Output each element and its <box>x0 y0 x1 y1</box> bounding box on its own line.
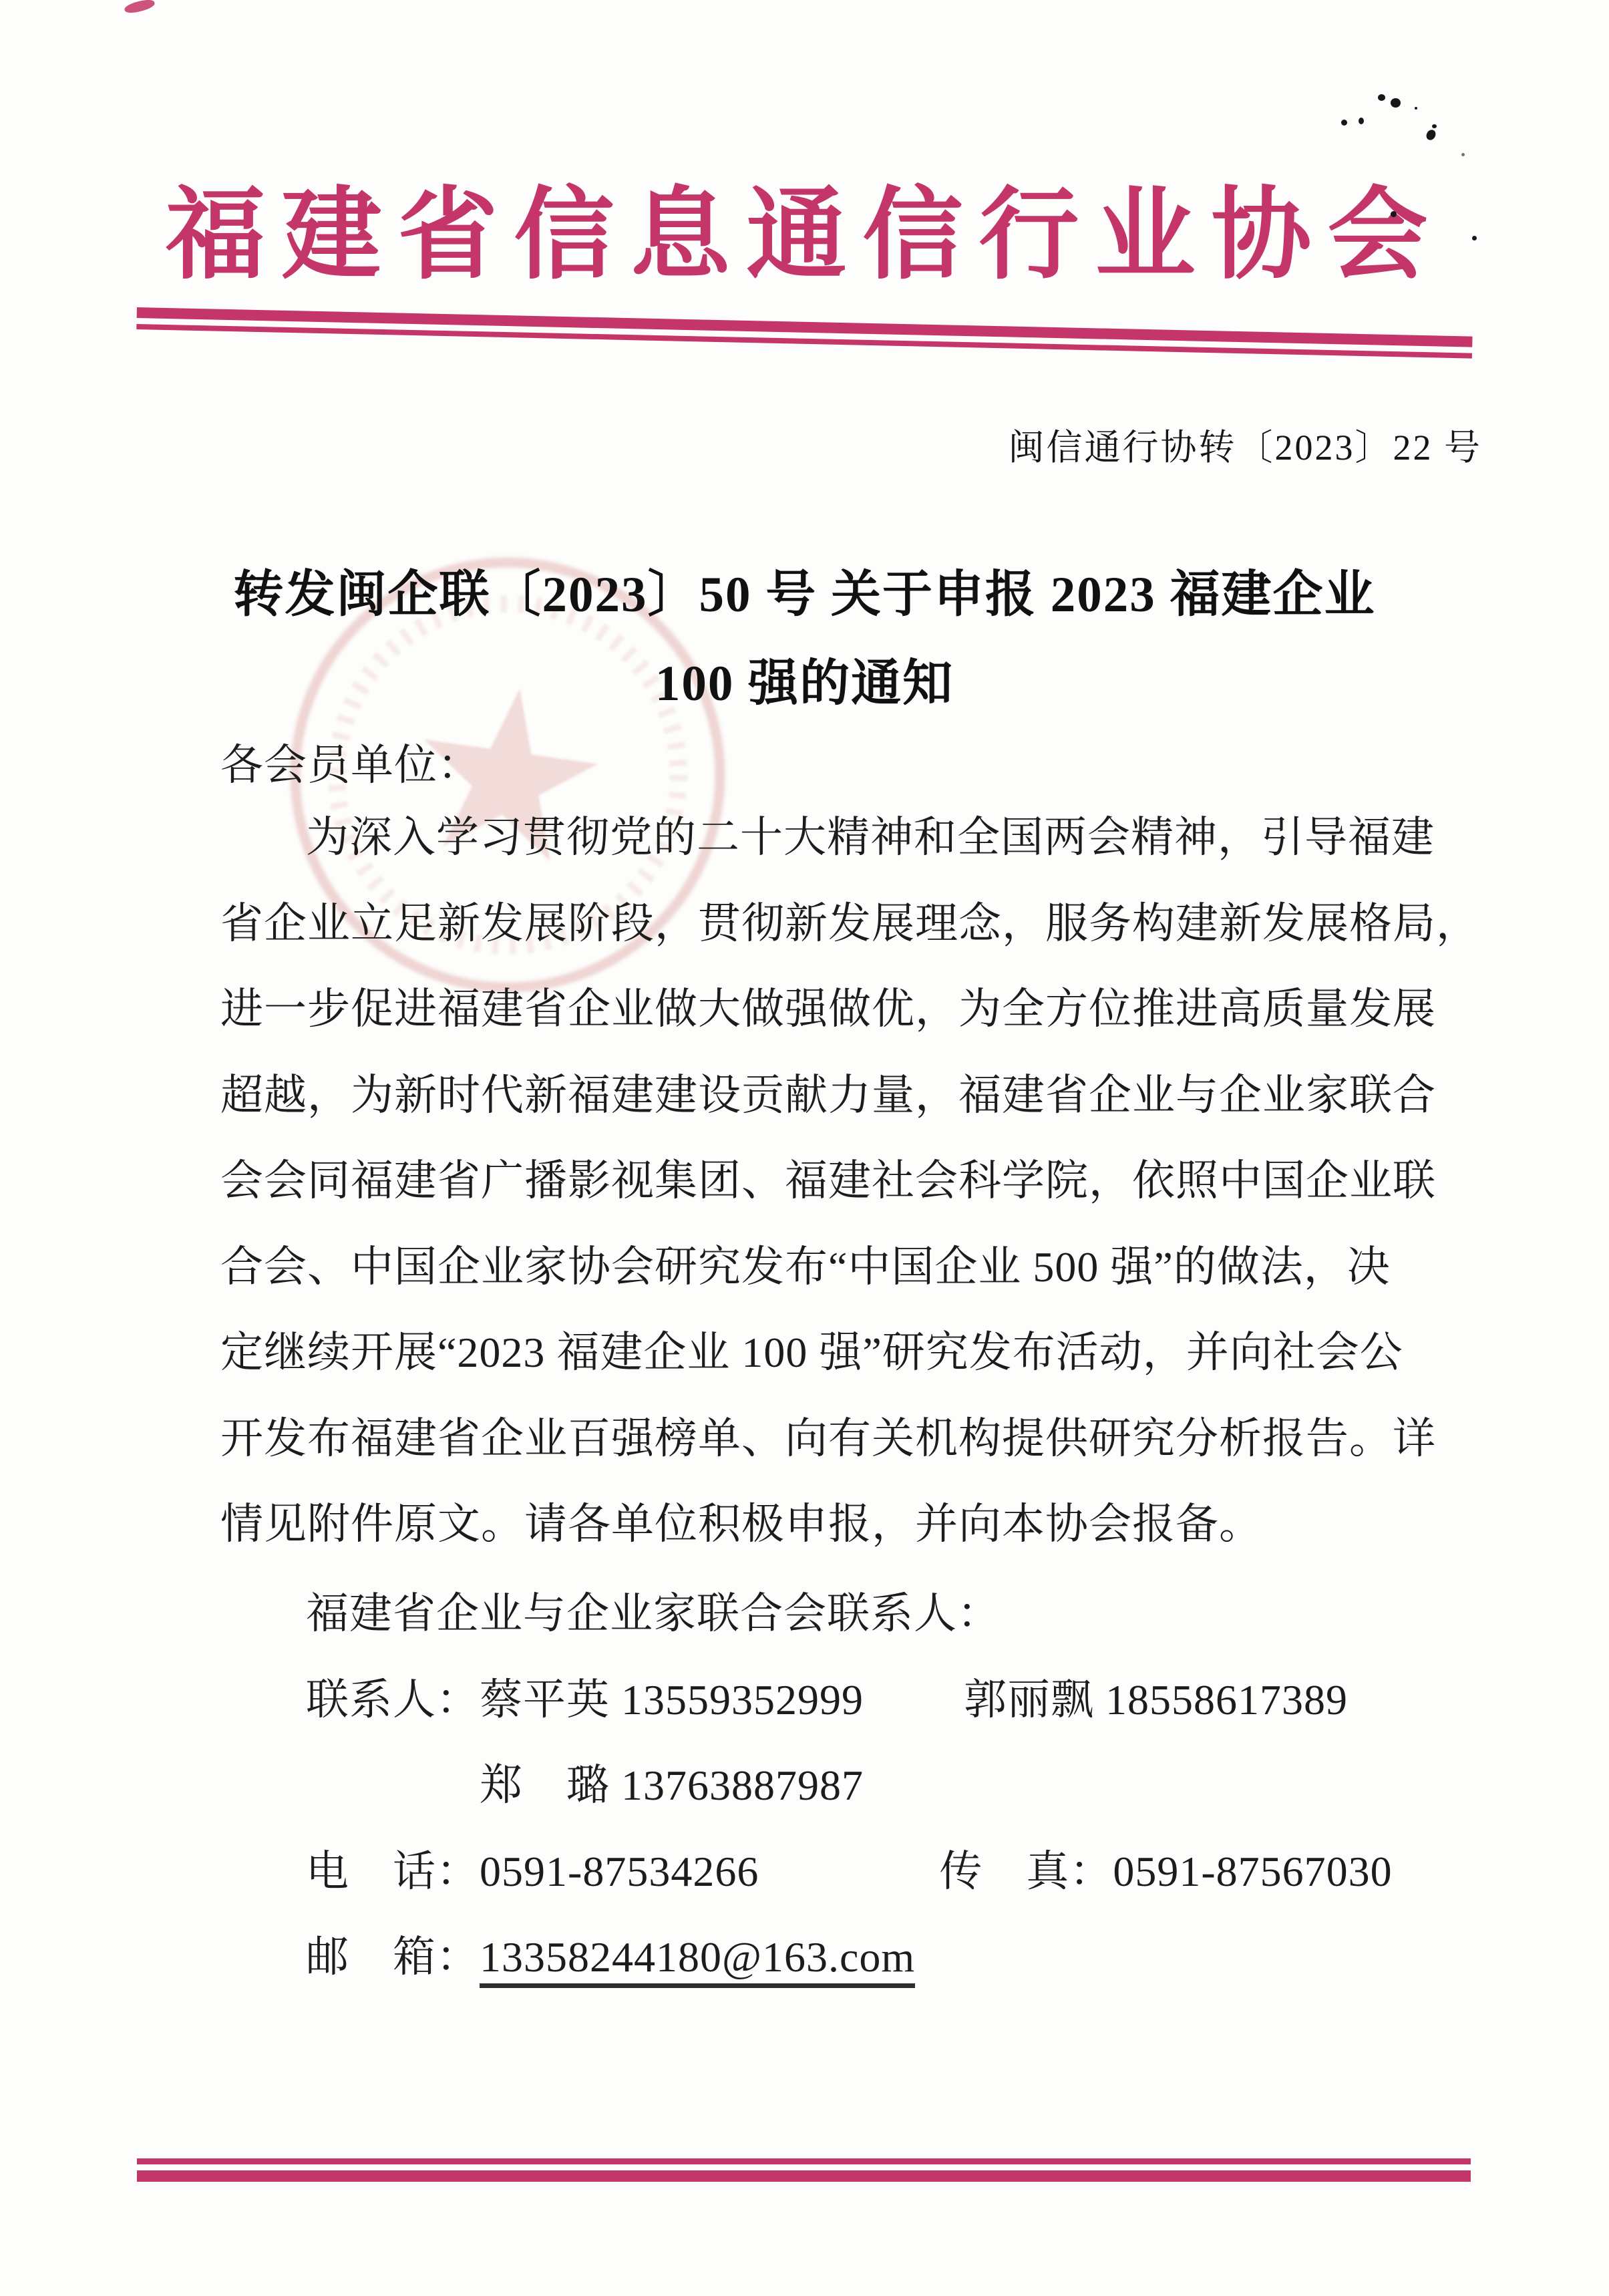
body-line: 合会、中国企业家协会研究发布“中国企业 500 强”的做法，决 <box>220 1224 1446 1311</box>
body-line: 为深入学习贯彻党的二十大精神和全国两会精神，引导福建 <box>220 795 1446 881</box>
body-line: 进一步促进福建省企业做大做强做优，为全方位推进高质量发展 <box>220 967 1446 1053</box>
footer-rule-thin <box>137 2158 1471 2164</box>
contact-person-1: 蔡平英 13559352999 <box>480 1676 864 1724</box>
body-line: 情见附件原文。请各单位积极申报，并向本协会报备。 <box>220 1482 1446 1568</box>
contact-row-persons: 联系人：蔡平英 13559352999郭丽飘 18558617389 <box>220 1657 1489 1744</box>
contact-row-person-3: 郑 璐 13763887987 <box>220 1743 1489 1829</box>
ink-speck <box>1378 94 1385 101</box>
contact-person-2: 郭丽飘 18558617389 <box>964 1676 1348 1724</box>
email-label: 邮 箱： <box>306 1933 480 1981</box>
phone-number: 0591-87534266 <box>480 1848 759 1895</box>
ink-speck <box>1425 128 1437 142</box>
email-address: 13358244180@163.com <box>480 1933 915 1988</box>
footer-rule-thick <box>137 2170 1471 2182</box>
notice-title-line1: 转发闽企联〔2023〕50 号 关于申报 2023 福建企业 <box>0 550 1609 639</box>
body-line: 开发布福建省企业百强榜单、向有关机构提供研究分析报告。详 <box>220 1396 1446 1482</box>
phone-label: 电 话： <box>306 1848 480 1895</box>
association-masthead-title: 福建省信息通信行业协会 <box>0 172 1609 299</box>
scanned-letter-page: 福建省信息通信行业协会 闽信通行协转〔2023〕22 号 转发闽企联〔2023〕… <box>0 0 1609 2296</box>
body-line: 省企业立足新发展阶段，贯彻新发展理念，服务构建新发展格局， <box>220 881 1446 967</box>
body-line: 定继续开展“2023 福建企业 100 强”研究发布活动，并向社会公 <box>220 1310 1446 1396</box>
red-ink-speck <box>124 0 156 15</box>
body-paragraph: 为深入学习贯彻党的二十大精神和全国两会精神，引导福建 省企业立足新发展阶段，贯彻… <box>220 795 1446 1568</box>
contact-person-3: 郑 璐 13763887987 <box>480 1762 864 1809</box>
contact-section: 福建省企业与企业家联合会联系人： 联系人：蔡平英 13559352999郭丽飘 … <box>220 1571 1489 2001</box>
ink-speck <box>1391 98 1401 108</box>
notice-title: 转发闽企联〔2023〕50 号 关于申报 2023 福建企业 100 强的通知 <box>0 550 1609 728</box>
ink-speck <box>1472 236 1477 240</box>
ink-speck <box>1341 120 1347 126</box>
notice-title-line2: 100 强的通知 <box>0 639 1609 728</box>
fax-label: 传 真： <box>939 1848 1113 1895</box>
ink-speck <box>1391 211 1397 217</box>
masthead-double-rule <box>136 307 1472 359</box>
body-line: 会会同福建省广播影视集团、福建社会科学院，依照中国企业联 <box>220 1138 1446 1224</box>
ink-speck <box>1432 124 1437 128</box>
contact-intro: 福建省企业与企业家联合会联系人： <box>220 1571 1489 1657</box>
contact-label: 联系人： <box>306 1676 480 1724</box>
footer-double-rule <box>137 2158 1471 2182</box>
ink-speck <box>1461 153 1465 156</box>
body-line: 超越，为新时代新福建建设贡献力量，福建省企业与企业家联合 <box>220 1053 1446 1139</box>
contact-row-phone-fax: 电 话：0591-87534266传 真：0591-87567030 <box>220 1829 1489 1915</box>
ink-speck <box>1415 107 1417 110</box>
contact-row-email: 邮 箱：13358244180@163.com <box>220 1915 1489 2001</box>
fax-number: 0591-87567030 <box>1113 1848 1392 1895</box>
ink-speck <box>1359 118 1364 124</box>
document-number: 闽信通行协转〔2023〕22 号 <box>1009 421 1483 474</box>
